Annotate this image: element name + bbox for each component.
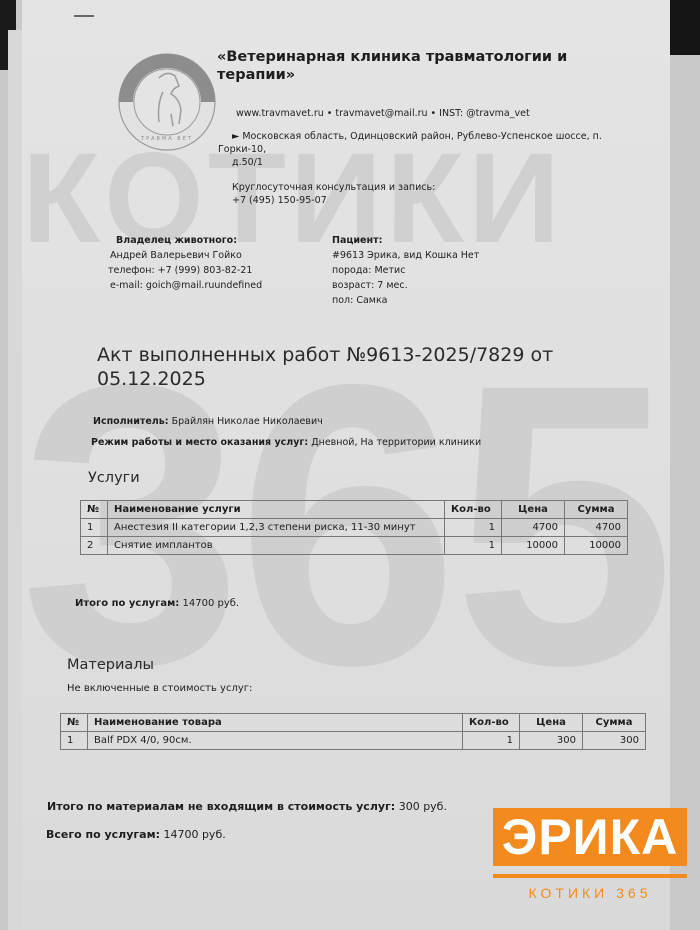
hotline-phone: +7 (495) 150-95-07 bbox=[232, 194, 435, 207]
table-row: 2 Снятие имплантов 1 10000 10000 bbox=[81, 537, 628, 555]
materials-total-value: 300 руб. bbox=[395, 800, 447, 813]
patient-label: Пациент: bbox=[332, 233, 479, 248]
patient-block: Пациент: #9613 Эрика, вид Кошка Нет поро… bbox=[332, 233, 479, 308]
cell-number: 2 bbox=[81, 537, 108, 555]
executor: Исполнитель: Брайлян Николае Николаевич bbox=[93, 416, 323, 427]
cell-name: Balf PDX 4/0, 90см. bbox=[88, 732, 463, 750]
materials-total: Итого по материалам не входящим в стоимо… bbox=[47, 800, 447, 813]
cell-sum: 300 bbox=[583, 732, 646, 750]
owner-phone: телефон: +7 (999) 803-82-21 bbox=[80, 263, 262, 278]
col-number: № bbox=[81, 501, 108, 519]
cell-price: 10000 bbox=[502, 537, 565, 555]
cell-sum: 10000 bbox=[565, 537, 628, 555]
cell-number: 1 bbox=[61, 732, 88, 750]
col-qty: Кол-во bbox=[445, 501, 502, 519]
patient-breed: порода: Метис bbox=[332, 263, 479, 278]
overlay-badge-title: ЭРИКА bbox=[493, 808, 687, 866]
hotline-label: Круглосуточная консультация и запись: bbox=[232, 181, 435, 194]
col-name: Наименование услуги bbox=[108, 501, 445, 519]
table-row: 1 Анестезия II категории 1,2,3 степени р… bbox=[81, 519, 628, 537]
materials-subtitle: Не включенные в стоимость услуг: bbox=[67, 683, 252, 694]
cell-price: 4700 bbox=[502, 519, 565, 537]
col-price: Цена bbox=[520, 714, 583, 732]
clinic-address: ► Московская область, Одинцовский район,… bbox=[218, 130, 638, 169]
dog-silhouette-logo-icon: ТРАВМА ВЕТ bbox=[117, 52, 217, 152]
col-number: № bbox=[61, 714, 88, 732]
cell-price: 300 bbox=[520, 732, 583, 750]
background-edge bbox=[670, 0, 700, 55]
services-title: Услуги bbox=[88, 470, 140, 486]
svg-text:ТРАВМА ВЕТ: ТРАВМА ВЕТ bbox=[140, 136, 193, 142]
table-header-row: № Наименование услуги Кол-во Цена Сумма bbox=[81, 501, 628, 519]
col-sum: Сумма bbox=[583, 714, 646, 732]
services-total: Итого по услугам: 14700 руб. bbox=[75, 598, 239, 609]
act-title: Акт выполненных работ №9613-2025/7829 от… bbox=[97, 343, 577, 391]
cell-qty: 1 bbox=[463, 732, 520, 750]
cell-qty: 1 bbox=[445, 537, 502, 555]
cell-name: Снятие имплантов bbox=[108, 537, 445, 555]
address-line: Горки-10, bbox=[218, 143, 638, 156]
table-row: 1 Balf PDX 4/0, 90см. 1 300 300 bbox=[61, 732, 646, 750]
materials-total-label: Итого по материалам не входящим в стоимо… bbox=[47, 800, 395, 813]
patient-sex: пол: Самка bbox=[332, 293, 479, 308]
cell-sum: 4700 bbox=[565, 519, 628, 537]
clinic-name: «Ветеринарная клиника травматологии и те… bbox=[217, 48, 597, 84]
mode-label: Режим работы и место оказания услуг: bbox=[91, 437, 308, 448]
executor-label: Исполнитель: bbox=[93, 416, 169, 427]
services-total-label: Итого по услугам: bbox=[75, 598, 179, 609]
address-line: д.50/1 bbox=[218, 156, 638, 169]
grand-total-label: Всего по услугам: bbox=[46, 828, 160, 841]
owner-block: Владелец животного: Андрей Валерьевич Го… bbox=[80, 233, 262, 293]
document-page: КОТИКИ 365 ТРАВМА ВЕТ «Ветеринарная клин… bbox=[22, 0, 670, 930]
services-table: № Наименование услуги Кол-во Цена Сумма … bbox=[80, 500, 628, 555]
materials-title: Материалы bbox=[67, 657, 154, 673]
grand-total-value: 14700 руб. bbox=[160, 828, 226, 841]
patient-id-name: #9613 Эрика, вид Кошка Нет bbox=[332, 248, 479, 263]
overlay-badge-divider bbox=[493, 874, 687, 878]
mode-value: Дневной, На территории клиники bbox=[308, 437, 481, 448]
services-total-value: 14700 руб. bbox=[179, 598, 239, 609]
cell-name: Анестезия II категории 1,2,3 степени рис… bbox=[108, 519, 445, 537]
clinic-contacts: www.travmavet.ru • travmavet@mail.ru • I… bbox=[236, 108, 530, 119]
col-sum: Сумма bbox=[565, 501, 628, 519]
executor-value: Брайлян Николае Николаевич bbox=[169, 416, 323, 427]
col-qty: Кол-во bbox=[463, 714, 520, 732]
owner-email: e-mail: goich@mail.ruundefined bbox=[80, 278, 262, 293]
patient-age: возраст: 7 мес. bbox=[332, 278, 479, 293]
owner-name: Андрей Валерьевич Гойко bbox=[80, 248, 262, 263]
col-price: Цена bbox=[502, 501, 565, 519]
overlay-badge-subtitle: КОТИКИ 365 bbox=[493, 885, 687, 901]
grand-total: Всего по услугам: 14700 руб. bbox=[46, 828, 226, 841]
cell-qty: 1 bbox=[445, 519, 502, 537]
clinic-hotline: Круглосуточная консультация и запись: +7… bbox=[232, 181, 435, 207]
service-mode: Режим работы и место оказания услуг: Дне… bbox=[91, 437, 481, 448]
address-line: ► Московская область, Одинцовский район,… bbox=[218, 130, 638, 143]
col-name: Наименование товара bbox=[88, 714, 463, 732]
materials-table: № Наименование товара Кол-во Цена Сумма … bbox=[60, 713, 646, 750]
owner-label: Владелец животного: bbox=[80, 233, 262, 248]
table-header-row: № Наименование товара Кол-во Цена Сумма bbox=[61, 714, 646, 732]
cell-number: 1 bbox=[81, 519, 108, 537]
